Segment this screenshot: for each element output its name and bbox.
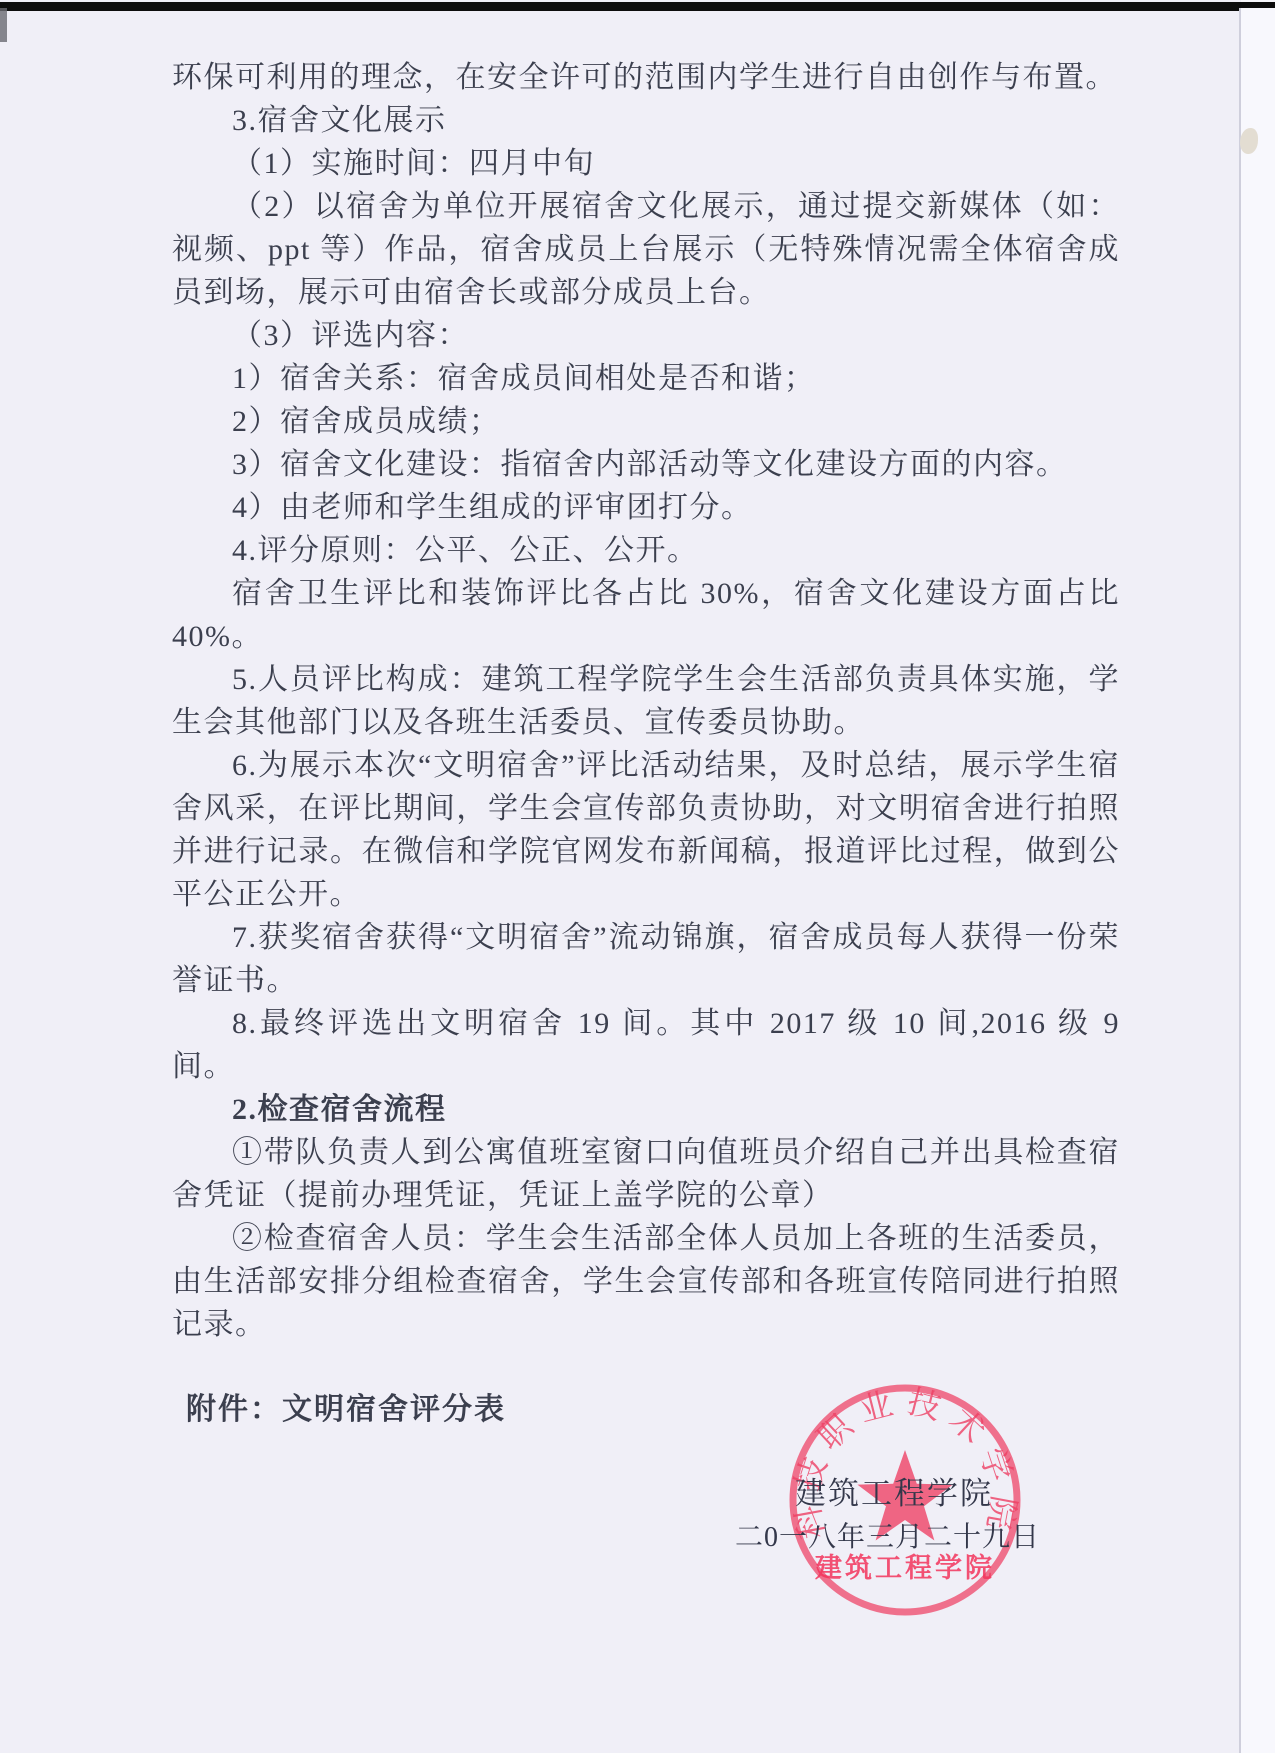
paragraph: 1）宿舍关系：宿舍成员间相处是否和谐； [172, 357, 1120, 400]
paragraph: 2）宿舍成员成绩； [172, 400, 1120, 443]
seal-bottom-text: 建筑工程学院 [815, 1552, 995, 1583]
paragraph: （2）以宿舍为单位开展宿舍文化展示，通过提交新媒体（如：视频、ppt 等）作品，… [172, 185, 1120, 314]
paragraph: 5.人员评比构成：建筑工程学院学生会生活部负责具体实施，学生会其他部门以及各班生… [172, 658, 1120, 744]
scanner-background-band [1241, 8, 1275, 1753]
paragraph: ②检查宿舍人员：学生会生活部全体人员加上各班的生活委员，由生活部安排分组检查宿舍… [172, 1217, 1120, 1346]
paragraph: 2.检查宿舍流程 [172, 1088, 1120, 1131]
signature-date: 二0一八年三月二十九日 [735, 1515, 1040, 1555]
paragraph: （1）实施时间：四月中旬 [172, 142, 1120, 185]
paragraph: 3.宿舍文化展示 [172, 99, 1120, 142]
paragraph: 4）由老师和学生组成的评审团打分。 [172, 486, 1120, 529]
paragraph: 3）宿舍文化建设：指宿舍内部活动等文化建设方面的内容。 [172, 443, 1120, 486]
paragraph: 宿舍卫生评比和装饰评比各占比 30%，宿舍文化建设方面占比 40%。 [172, 572, 1120, 658]
signature-org: 建筑工程学院 [795, 1468, 993, 1513]
paragraph: ①带队负责人到公寓值班室窗口向值班员介绍自己并出具检查宿舍凭证（提前办理凭证，凭… [172, 1131, 1120, 1217]
scan-edge-left [0, 8, 7, 42]
body-paragraphs: 环保可利用的理念，在安全许可的范围内学生进行自由创作与布置。3.宿舍文化展示（1… [172, 56, 1120, 1346]
paragraph: 6.为展示本次“文明宿舍”评比活动结果，及时总结，展示学生宿舍风采，在评比期间，… [172, 744, 1120, 916]
paragraph: 8.最终评选出文明宿舍 19 间。其中 2017 级 10 间,2016 级 9… [172, 1002, 1120, 1088]
paragraph: 环保可利用的理念，在安全许可的范围内学生进行自由创作与布置。 [172, 56, 1120, 99]
attachment-line: 附件：文明宿舍评分表 [186, 1388, 506, 1431]
scanned-paper: 环保可利用的理念，在安全许可的范围内学生进行自由创作与布置。3.宿舍文化展示（1… [0, 0, 1241, 1753]
scan-edge-top [0, 2, 1275, 11]
paragraph: 7.获奖宿舍获得“文明宿舍”流动锦旗，宿舍成员每人获得一份荣誉证书。 [172, 916, 1120, 1002]
paragraph: 4.评分原则：公平、公正、公开。 [172, 529, 1120, 572]
paragraph: （3）评选内容： [172, 314, 1120, 357]
